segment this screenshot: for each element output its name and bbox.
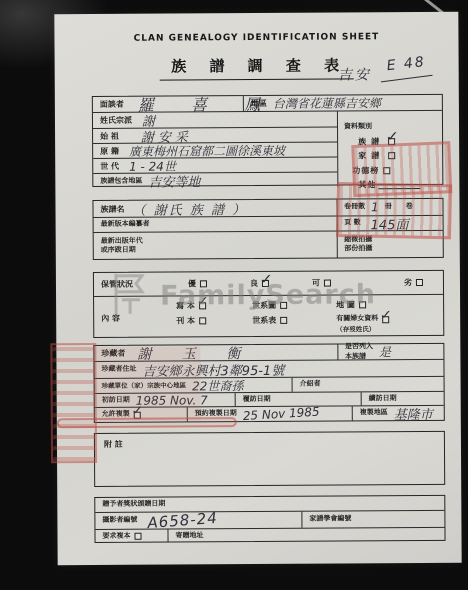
content-pedigree-table: 世系表 (252, 315, 336, 327)
genealogy-name-value: （ 謝氏 族 譜 ） (132, 199, 247, 219)
condition-fair: 可 (312, 277, 374, 288)
publication-date-label: 最新出版年代 或序跋日期 (101, 237, 143, 255)
checkbox-pedigree-chart (280, 302, 287, 309)
row-surname: 姓氏宗派 謝 (93, 112, 337, 128)
sheet-title-english: CLAN GENEALOGY IDENTIFICATION SHEET (54, 32, 458, 44)
content-printed-label: 刊 本 (176, 316, 195, 327)
condition-good-label: 良 (250, 278, 258, 289)
content-women-data-note: （存歿姓氏） (336, 324, 389, 333)
cell-award-date: 贈予者獎狀頒贈日期 (95, 496, 444, 512)
cell-copy-request: 要求複本 (95, 530, 167, 543)
content-map-label: 地 圖 (336, 300, 355, 311)
genealogy-name-label: 族譜名 (100, 203, 124, 214)
red-seal-stamp (336, 182, 452, 239)
photographer-number-label: 攝影者編號 (102, 516, 137, 525)
society-number-label: 家譜學會編號 (309, 515, 351, 524)
content-women-data-label: 有關婦女資料 (336, 315, 378, 324)
basic-info-left-column: 姓氏宗派 謝 始 祖 謝安采 原 籍 廣東梅州石窟都二圖徐溪東坡 世 代 1 -… (93, 112, 337, 188)
content-manuscript: 寫 本✓ (176, 300, 252, 311)
content-options: 寫 本✓ 世系圖 地 圖 刊 本 世系表 (154, 299, 443, 334)
checkbox-printed (199, 318, 206, 325)
ancestor-label: 始 祖 (100, 130, 119, 141)
content-manuscript-label: 寫 本 (176, 301, 195, 312)
check-mark: ✓ (378, 307, 394, 322)
row-photographer: 攝影者編號 A658-24 家譜學會編號 (95, 510, 444, 529)
publication-date-label-line2: 或序跋日期 (101, 246, 143, 255)
copy-area-label: 複製地區 (360, 409, 388, 418)
content-line-1: 寫 本✓ 世系圖 地 圖 (176, 299, 443, 312)
condition-label: 保管狀況 (101, 279, 133, 290)
red-seal-ink-wash (96, 346, 200, 421)
red-seal-texture (52, 345, 95, 461)
microfilm-label: 縮微拍攝 部份拍攝 (344, 235, 372, 253)
row-content: 內 容 寫 本✓ 世系圖 地 圖 刊 本 (94, 294, 443, 339)
row-origin: 原 籍 廣東梅州石窟都二圖徐溪東坡 (93, 142, 337, 158)
condition-good: 良✓ (250, 278, 312, 289)
check-mark: ✓ (258, 270, 275, 286)
check-mark: ✓ (195, 294, 211, 309)
checkbox-map (359, 302, 366, 309)
cell-society-number: 家譜學會編號 (301, 511, 444, 528)
area-label: 地區 (251, 98, 267, 109)
cell-photographer-number: 攝影者編號 A658-24 (95, 512, 301, 529)
content-map: 地 圖 (336, 300, 366, 311)
category-header: 資料類別 (344, 122, 372, 130)
copy-date-value: 25 Nov 1985 (242, 405, 320, 423)
checkbox-excellent (200, 280, 207, 287)
row-condition: 保管狀況 優 良✓ 可 劣 (94, 271, 443, 296)
followup-visit-label: 續訪日期 (369, 394, 397, 403)
origin-label: 原 籍 (100, 145, 119, 156)
award-date-label: 贈予者獎狀頒贈日期 (102, 500, 165, 509)
condition-options: 優 良✓ 可 劣 (154, 277, 443, 290)
handwritten-area-note: 吉安 (338, 64, 372, 84)
listed-label-line1: 是否列入 (345, 343, 373, 352)
mailing-address-label: 寄贈地址 (175, 531, 203, 540)
surname-label: 姓氏宗派 (100, 115, 132, 126)
coverage-label: 族譜包含地區 (100, 177, 142, 186)
generations-label: 世 代 (100, 160, 119, 171)
cell-interviewee: 面談者 羅 喜 鳳 (93, 96, 243, 112)
content-pedigree-table-label: 世系表 (252, 315, 276, 326)
cell-publication-date: 最新出版年代 或序跋日期 (94, 232, 337, 259)
cell-copy-area: 複製地區 基隆市 (352, 406, 444, 421)
row-ancestor: 始 祖 謝安采 (93, 127, 337, 143)
cell-content-label: 內 容 (94, 297, 154, 339)
content-women-data: 有關婦女資料✓ （存歿姓氏） (336, 315, 389, 333)
checkbox-poor (416, 279, 423, 286)
notes-label: 附 註 (104, 439, 123, 450)
area-value: 台灣省花蓮縣吉安鄉 (273, 94, 381, 112)
section-notes: 附 註 (94, 431, 445, 487)
cell-listed: 是否列入 本族譜 是 (337, 344, 444, 360)
condition-excellent: 優 (188, 278, 250, 289)
row-coverage: 族譜包含地區 吉安等地 (93, 172, 337, 189)
cell-mailing-address: 寄贈地址 (167, 528, 444, 543)
copy-area-value: 基隆市 (394, 403, 433, 422)
sheet-title-chinese: 族 譜 調 查 表 (159, 54, 354, 80)
red-seal-texture (339, 185, 449, 236)
cell-introducer: 介紹者 (292, 377, 444, 392)
condition-fair-label: 可 (312, 278, 320, 289)
check-mark: ✓ (384, 128, 401, 144)
interviewee-label: 面談者 (100, 99, 124, 110)
form-paper: CLAN GENEALOGY IDENTIFICATION SHEET 族 譜 … (54, 12, 461, 565)
content-pedigree-chart-label: 世系圖 (252, 300, 276, 311)
listed-label: 是否列入 本族譜 (345, 343, 373, 361)
cell-genealogy-name: 族譜名 （ 謝氏 族 譜 ） (93, 200, 336, 217)
cell-revisit: 覆訪日期 (235, 392, 361, 406)
content-line-2: 刊 本 世系表 有關婦女資料✓ （存歿姓氏） (176, 314, 443, 334)
checkbox-copy-request (134, 533, 141, 540)
content-women-data-main: 有關婦女資料✓ (336, 315, 389, 324)
revisit-label: 覆訪日期 (243, 395, 271, 404)
copy-request-label: 要求複本 (102, 532, 130, 541)
red-oblong-stamp (57, 417, 237, 428)
row-generations: 世 代 1 - 24世 (93, 157, 337, 173)
cell-area: 地區 台灣省花蓮縣吉安鄉 (243, 95, 442, 111)
row-award-date: 贈予者獎狀頒贈日期 (95, 496, 444, 512)
publication-date-label-line1: 最新出版年代 (101, 237, 143, 246)
content-pedigree-chart: 世系圖 (252, 300, 336, 312)
condition-poor-label: 劣 (404, 277, 412, 288)
section-condition-content: 保管狀況 優 良✓ 可 劣 內 容 (93, 270, 444, 338)
condition-poor: 劣 (404, 277, 423, 288)
cell-compiler: 最新版本編纂者 (94, 217, 337, 232)
compiler-label: 最新版本編纂者 (101, 220, 150, 229)
checkbox-pedigree-table (280, 317, 287, 324)
cell-condition-label: 保管狀況 (94, 273, 154, 296)
listed-value: 是 (379, 343, 391, 360)
content-label: 內 容 (101, 312, 120, 323)
section-administrative: 贈予者獎狀頒贈日期 攝影者編號 A658-24 家譜學會編號 要求複本 寄贈地址 (94, 495, 445, 543)
coverage-value: 吉安等地 (148, 171, 200, 190)
introducer-label: 介紹者 (300, 380, 321, 389)
red-seal-stamp-left (50, 343, 97, 463)
checkbox-fair (324, 280, 331, 287)
row-interviewee: 面談者 羅 喜 鳳 地區 台灣省花蓮縣吉安鄉 (93, 95, 442, 112)
microfilm-label-line2: 部份拍攝 (344, 244, 372, 253)
content-printed: 刊 本 (176, 315, 252, 326)
condition-excellent-label: 優 (188, 278, 196, 289)
